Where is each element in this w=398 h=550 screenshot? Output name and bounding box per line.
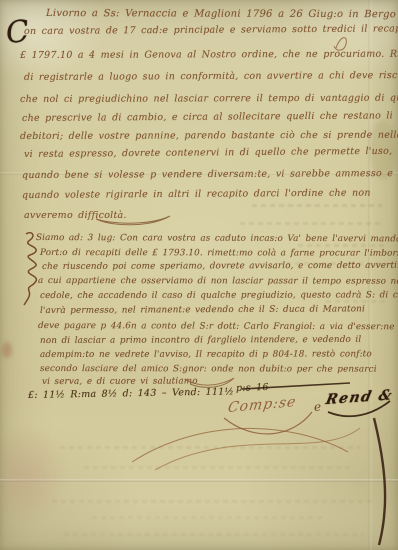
letter-line: vi resta espresso, dovrete contenervi in… bbox=[24, 146, 398, 160]
letter-line: on cara vostra de 17 cad:e principale e … bbox=[24, 23, 398, 37]
bleed-through-line bbox=[52, 500, 372, 503]
bleed-through-line bbox=[60, 446, 360, 449]
signature-loop-flourish bbox=[224, 412, 312, 434]
letter-line: adempim:to ne vedrete l'avviso, Il recap… bbox=[40, 349, 372, 360]
letter-line: avveremo difficoltà. bbox=[24, 210, 127, 221]
letter-line: deve pagare p 44.6n a conto del S:r dott… bbox=[38, 321, 395, 332]
letter-closing-line: vi serva, e di cuore vi salutiamo bbox=[42, 376, 198, 387]
letter-line: a cui appartiene che osserviamo di non l… bbox=[38, 276, 398, 287]
pink-smudge-stain bbox=[0, 428, 68, 523]
letter-line: Port:o di recapiti delle £ 1793.10. rime… bbox=[40, 248, 398, 259]
letter-line: di registrarle a luogo suo in conformità… bbox=[24, 70, 398, 83]
letter-line: che prescrive la di cambio, e circa al s… bbox=[22, 110, 393, 124]
letter-dateline: Livorno a Ss: Vernaccia e Maglioni 1796 … bbox=[46, 8, 396, 20]
margin-paraph-flourish bbox=[24, 233, 36, 305]
bleed-through-line bbox=[252, 204, 382, 207]
ink-stain bbox=[2, 342, 12, 358]
letter-line: che nol ci pregiudichino nel lasciar cor… bbox=[20, 93, 398, 105]
letter-line: £ 1797.10 a 4 mesi in Genova al Nostro o… bbox=[20, 49, 398, 61]
bleed-through-line bbox=[92, 516, 322, 519]
letter-line: non di lasciar a primo incontro di fargl… bbox=[40, 335, 361, 346]
manuscript-letter: Livorno a Ss: Vernaccia e Maglioni 1796 … bbox=[0, 0, 398, 550]
letter-line: l'avrà permesso, nel rimanent:e vedendo … bbox=[40, 304, 365, 316]
letter-line: che riuscendo poi come speriamo, dovrete… bbox=[42, 261, 398, 272]
letter-line: Siamo ad: 3 lug: Con cara vostra as cadu… bbox=[36, 233, 398, 244]
bleed-through-line bbox=[64, 533, 364, 536]
bleed-through-line bbox=[298, 244, 384, 247]
letter-line: secondo lasciare del amico S:gnor: onde … bbox=[40, 364, 377, 375]
letter-line: quando bene si volesse p vendere diversa… bbox=[22, 168, 393, 181]
exchange-rate-line: £: 11½ R:ma 8½ d: 143 – Vend: 111½ bbox=[28, 386, 234, 401]
bleed-through-line bbox=[240, 222, 380, 225]
letter-line: debitori; delle vostre pannine, parendo … bbox=[20, 130, 398, 142]
bleed-through-line bbox=[84, 466, 354, 469]
postscript-note: p:s 16 bbox=[236, 382, 269, 394]
letter-line: quando voleste rigirarle in altri il rec… bbox=[22, 188, 371, 201]
signature-underline-arc bbox=[155, 428, 360, 470]
signature-right: Rend & Fam:z bbox=[324, 383, 398, 408]
signature-connector: e bbox=[314, 400, 322, 414]
fold-crease-vertical bbox=[368, 0, 372, 550]
letter-line: cedole, che accadendo il caso di qualche… bbox=[40, 290, 398, 301]
signature-left: Comp:se bbox=[227, 394, 298, 416]
